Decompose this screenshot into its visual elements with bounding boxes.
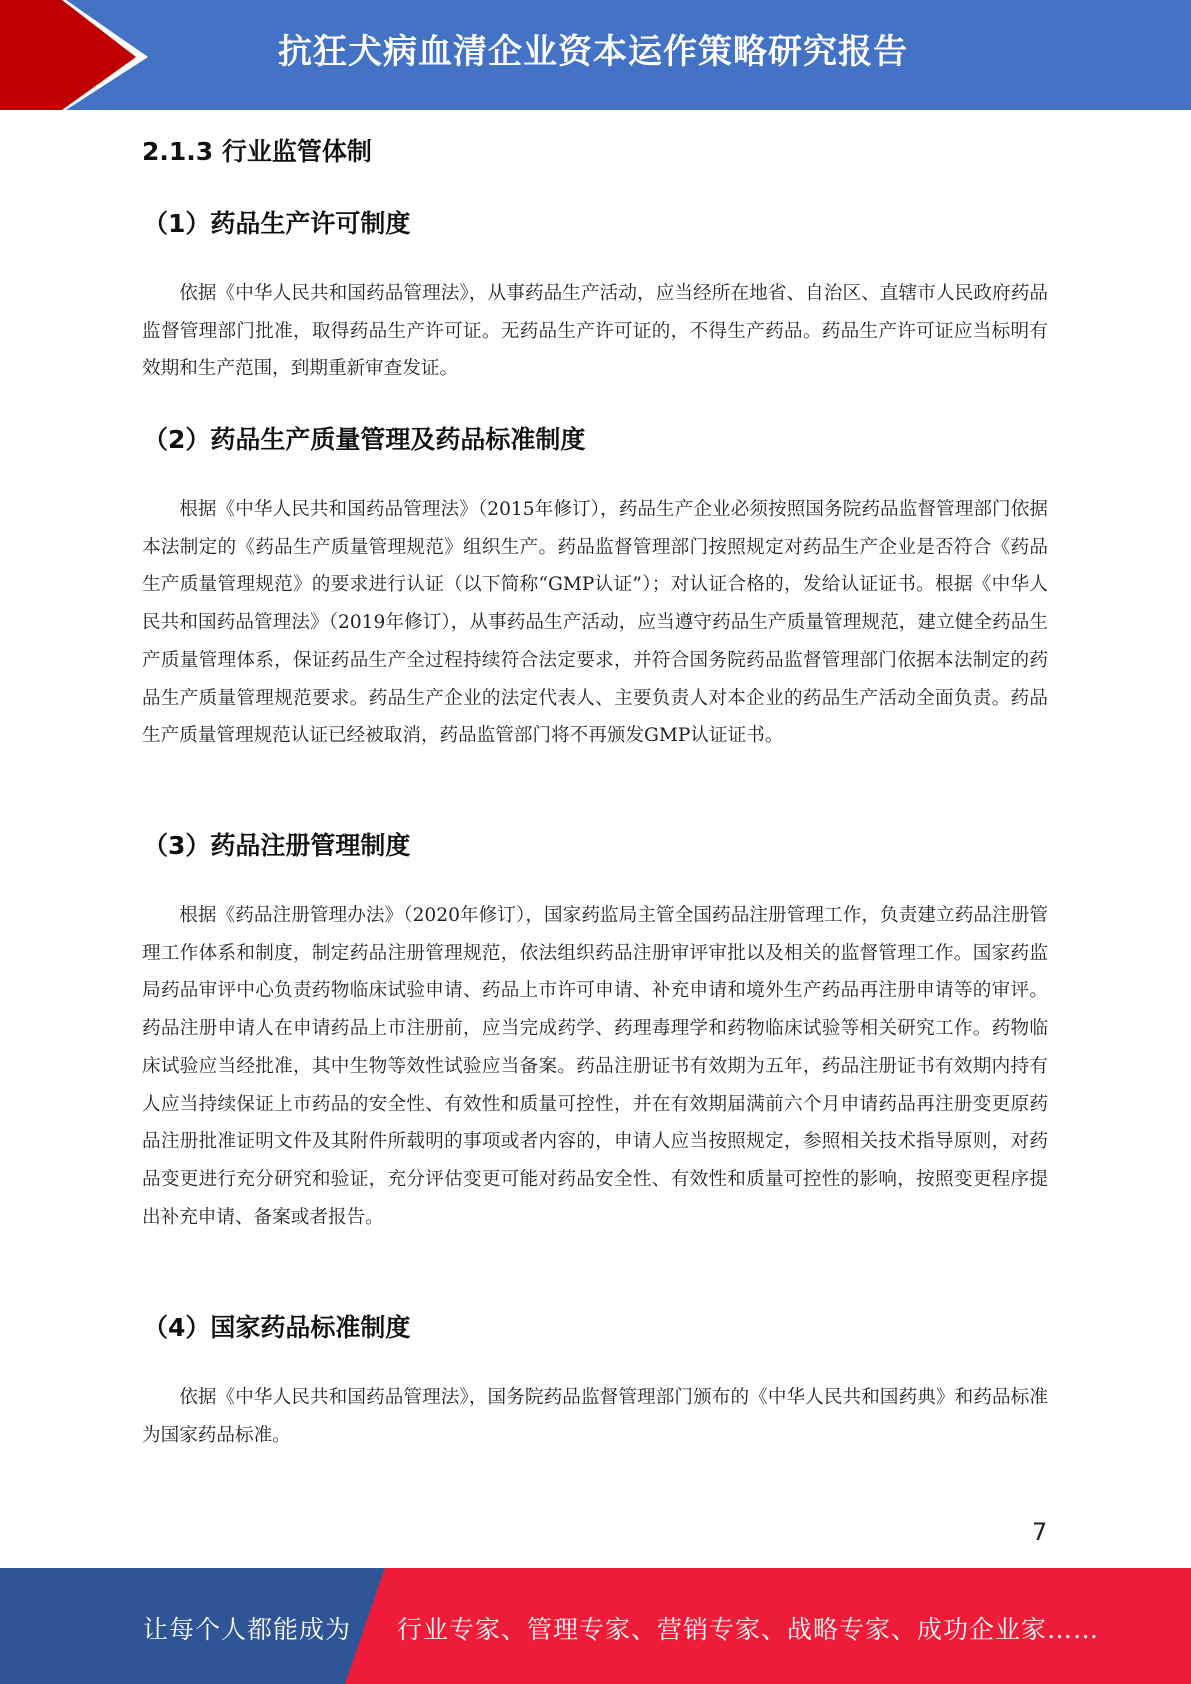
subsection-heading-3: （3）药品注册管理制度 <box>143 826 410 862</box>
footer-slogan-right: 行业专家、管理专家、营销专家、战略专家、成功企业家…… <box>397 1610 1099 1646</box>
page-header: 抗狂犬病血清企业资本运作策略研究报告 <box>0 0 1191 110</box>
report-title: 抗狂犬病血清企业资本运作策略研究报告 <box>278 30 908 74</box>
footer-slogan-left: 让每个人都能成为 <box>143 1610 351 1646</box>
subsection-paragraph-4: 依据《中华人民共和国药品管理法》，国务院药品监督管理部门颁布的《中华人民共和国药… <box>142 1379 1048 1454</box>
subsection-heading-4: （4）国家药品标准制度 <box>143 1308 410 1344</box>
subsection-heading-2: （2）药品生产质量管理及药品标准制度 <box>143 420 585 456</box>
section-title: 2.1.3 行业监管体制 <box>142 132 372 168</box>
subsection-paragraph-1: 依据《中华人民共和国药品管理法》，从事药品生产活动，应当经所在地省、自治区、直辖… <box>142 275 1048 388</box>
subsection-paragraph-2: 根据《中华人民共和国药品管理法》（2015年修订），药品生产企业必须按照国务院药… <box>142 491 1048 755</box>
page-footer: 让每个人都能成为 行业专家、管理专家、营销专家、战略专家、成功企业家…… <box>0 1568 1191 1684</box>
page-number: 7 <box>1032 1518 1047 1546</box>
subsection-paragraph-3: 根据《药品注册管理办法》（2020年修订），国家药监局主管全国药品注册管理工作，… <box>142 897 1048 1236</box>
subsection-heading-1: （1）药品生产许可制度 <box>143 204 410 240</box>
